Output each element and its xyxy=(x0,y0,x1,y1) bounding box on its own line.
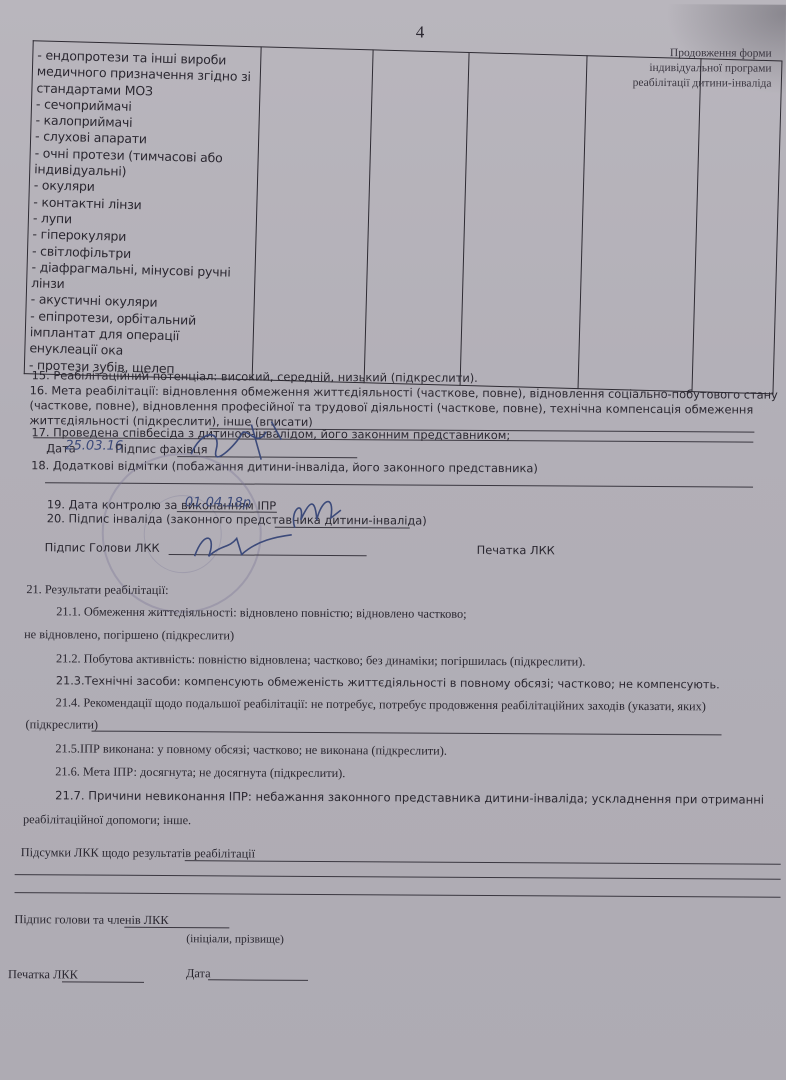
list-item: - епіпротези, орбітальний імплантат для … xyxy=(29,308,249,363)
summary-line-1[interactable] xyxy=(185,860,781,865)
devices-list-cell: - ендопротези та інші вироби медичного п… xyxy=(24,41,261,380)
control-date-value[interactable]: 01.04.18р xyxy=(185,495,251,510)
footer-stamp-label: Печатка ЛКК xyxy=(8,967,78,982)
footer-date-label: Дата xyxy=(186,966,211,981)
technical-devices-table: - ендопротези та інші вироби медичного п… xyxy=(24,40,783,394)
head-signature-label: Підпис Голови ЛКК xyxy=(45,540,160,556)
result-21-4-line1: 21.4. Рекомендації щодо подальшої реабіл… xyxy=(56,695,706,714)
head-signature-icon xyxy=(187,526,297,567)
page-number: 4 xyxy=(416,23,425,43)
members-signature-line[interactable] xyxy=(124,927,229,929)
empty-cell xyxy=(578,56,701,392)
result-21-1-line1: 21.1. Обмеження життєдіяльності: відновл… xyxy=(56,604,466,622)
table-row: - ендопротези та інші вироби медичного п… xyxy=(24,41,782,394)
summary-line-3[interactable] xyxy=(15,892,781,898)
empty-cell xyxy=(364,50,469,385)
result-21-7-line2: реабілітаційної допомоги; інше. xyxy=(23,812,191,828)
summary-line-2[interactable] xyxy=(15,874,781,880)
initials-hint: (ініціали, прізвище) xyxy=(186,932,284,948)
result-21-7-line1: 21.7. Причини невиконання ІПР: небажання… xyxy=(55,788,764,807)
recommendations-line[interactable] xyxy=(92,731,722,736)
result-21-3: 21.3.Технічні засоби: компенсують обмеже… xyxy=(56,673,720,692)
stamp-label: Печатка ЛКК xyxy=(477,543,555,558)
result-21-4-line2: (підкреслити) xyxy=(26,717,99,732)
footer-date-line[interactable] xyxy=(208,979,308,981)
section-18: 18. Додаткові відмітки (побажання дитини… xyxy=(31,458,538,476)
result-21-6: 21.6. Мета ІПР: досягнута; не досягнута … xyxy=(55,764,345,781)
result-21-1-line2: не відновлено, погіршено (підкреслити) xyxy=(24,627,234,643)
summary-label: Підсумки ЛКК щодо результатів реабілітац… xyxy=(21,845,255,861)
result-21-2: 21.2. Побутова активність: повністю відн… xyxy=(56,651,586,669)
footer-stamp-line[interactable] xyxy=(62,981,144,983)
document-page: 4 Продовження форми індивідуальної прогр… xyxy=(0,0,786,1080)
empty-cell xyxy=(692,59,782,394)
empty-cell xyxy=(252,47,373,383)
result-21-5: 21.5.ІПР виконана: у повному обсязі; час… xyxy=(55,741,447,758)
empty-cell xyxy=(460,53,587,389)
members-signature-label: Підпис голови та членів ЛКК xyxy=(14,912,168,928)
results-title: 21. Результати реабілітації: xyxy=(26,582,168,598)
list-item: - ендопротези та інші вироби медичного п… xyxy=(36,47,256,102)
